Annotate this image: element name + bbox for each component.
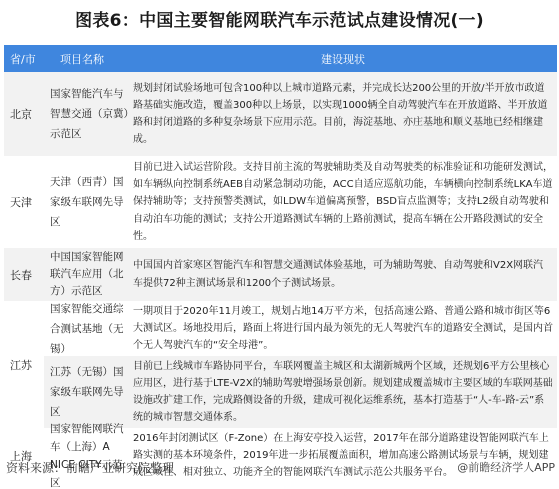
province-cell: 长春 [4, 248, 44, 301]
page-title: 图表6：中国主要智能网联汽车示范试点建设情况(一) [0, 6, 559, 31]
table-row: 国家智能交通综合测试基地（无锡） 一期项目于2020年11月竣工，规划占地14万… [44, 301, 557, 356]
sub-rows: 国家智能交通综合测试基地（无锡） 一期项目于2020年11月竣工，规划占地14万… [44, 301, 557, 428]
table-header: 省/市 项目名称 建设现状 [4, 45, 557, 72]
watermark-label: @前瞻经济学人APP [457, 459, 555, 476]
table-row: 江苏（无锡）国家级车联网先导区 目前已上线城市车路协同平台，车联网覆盖主城区和太… [44, 356, 557, 428]
status-cell: 规划封闭试验场地可包含100种以上城市道路元素，并完成长达200公里的开放/半开… [129, 72, 557, 156]
status-cell: 中国国内首家寒区智能汽车和智慧交通测试体验基地，可为辅助驾驶、自动驾驶和V2X网… [129, 248, 557, 301]
table-row: 北京 国家智能汽车与智慧交通（京冀）示范区 规划封闭试验场地可包含100种以上城… [4, 72, 557, 156]
project-cell: 国家智能交通综合测试基地（无锡） [44, 301, 129, 356]
source-note: 资料来源：前瞻产业研究院整理 [6, 459, 174, 476]
table-row-group: 江苏 国家智能交通综合测试基地（无锡） 一期项目于2020年11月竣工，规划占地… [4, 301, 557, 428]
province-cell: 天津 [4, 156, 44, 248]
header-province: 省/市 [4, 51, 44, 67]
province-cell: 北京 [4, 72, 44, 156]
table-row: 天津 天津（西青）国家级车联网先导区 目前已进入试运营阶段。支持目前主流的驾驶辅… [4, 156, 557, 248]
status-cell: 目前已进入试运营阶段。支持目前主流的驾驶辅助类及自动驾驶类的标准验证和功能研发测… [129, 156, 557, 248]
province-cell: 江苏 [4, 301, 44, 428]
project-cell: 天津（西青）国家级车联网先导区 [44, 156, 129, 248]
pilot-zones-table: 省/市 项目名称 建设现状 北京 国家智能汽车与智慧交通（京冀）示范区 规划封闭… [4, 45, 557, 483]
status-cell: 一期项目于2020年11月竣工，规划占地14万平方米，包括高速公路、普通公路和城… [129, 301, 557, 356]
header-status: 建设现状 [129, 51, 557, 67]
header-project: 项目名称 [44, 51, 129, 67]
table-row: 长春 中国国家智能网联汽车应用（北方）示范区 中国国内首家寒区智能汽车和智慧交通… [4, 248, 557, 301]
project-cell: 江苏（无锡）国家级车联网先导区 [44, 356, 129, 428]
project-cell: 国家智能汽车与智慧交通（京冀）示范区 [44, 72, 129, 156]
status-cell: 目前已上线城市车路协同平台，车联网覆盖主城区和太湖新城两个区域，还规划6平方公里… [129, 356, 557, 428]
footer: 资料来源：前瞻产业研究院整理 @前瞻经济学人APP [6, 459, 555, 476]
project-cell: 中国国家智能网联汽车应用（北方）示范区 [44, 248, 129, 301]
